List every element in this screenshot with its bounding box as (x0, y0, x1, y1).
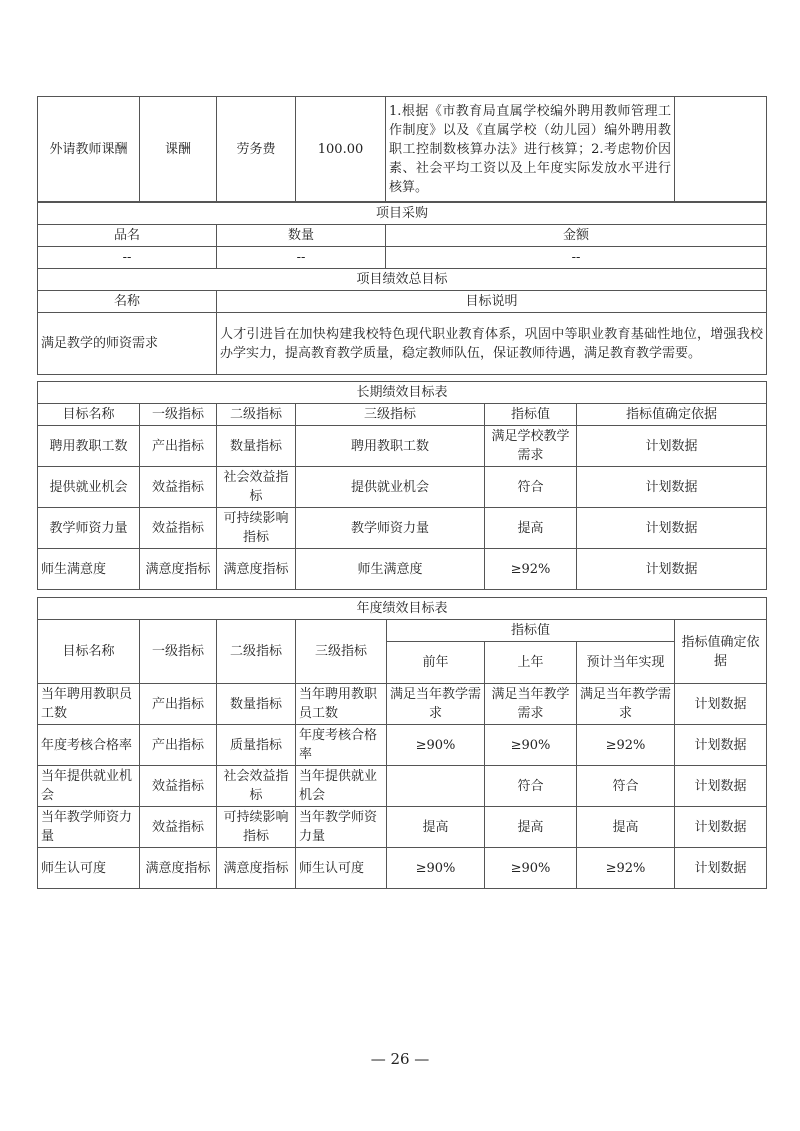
overall-goal-title-row: 项目绩效总目标 (38, 269, 767, 291)
table-cell: ≥92% (577, 725, 675, 766)
table-cell: 符合 (577, 766, 675, 807)
annual-header: 一级指标 (140, 620, 217, 684)
table-cell: 产出指标 (140, 426, 217, 467)
table-cell: 符合 (485, 467, 577, 508)
table-cell: 可持续影响指标 (217, 508, 296, 549)
table-cell: 提供就业机会 (38, 467, 140, 508)
procurement-title-row: 项目采购 (38, 203, 767, 225)
overall-goal-header-row: 名称 目标说明 (38, 291, 767, 313)
overall-goal-header-name: 名称 (38, 291, 217, 313)
annual-header: 目标名称 (38, 620, 140, 684)
long-term-header: 一级指标 (140, 404, 217, 426)
table-cell: 计划数据 (675, 725, 767, 766)
table-row: 当年聘用教职员工数 产出指标 数量指标 当年聘用教职员工数 满足当年教学需求 满… (38, 684, 767, 725)
table-cell: 计划数据 (675, 848, 767, 889)
table-row: 师生认可度 满意度指标 满意度指标 师生认可度 ≥90% ≥90% ≥92% 计… (38, 848, 767, 889)
table-cell: 计划数据 (675, 684, 767, 725)
table-cell: 产出指标 (140, 684, 217, 725)
table-cell: 满足当年教学需求 (485, 684, 577, 725)
table-cell: ≥92% (577, 848, 675, 889)
expense-item: 外请教师课酬 (38, 97, 140, 202)
long-term-goal-table: 长期绩效目标表 目标名称 一级指标 二级指标 三级指标 指标值 指标值确定依据 … (37, 381, 767, 590)
table-cell: 计划数据 (577, 549, 767, 590)
expense-remark (675, 97, 767, 202)
annual-subheader: 前年 (387, 642, 485, 684)
table-cell: 效益指标 (140, 508, 217, 549)
table-cell: 当年提供就业机会 (38, 766, 140, 807)
table-cell: 数量指标 (217, 684, 296, 725)
table-cell: 可持续影响指标 (217, 807, 296, 848)
procurement-goal-table: 项目采购 品名 数量 金额 -- -- -- 项目绩效总目标 名称 目标说明 满… (37, 202, 767, 375)
expense-category: 课酬 (140, 97, 217, 202)
long-term-header: 指标值确定依据 (577, 404, 767, 426)
table-cell: 当年提供就业机会 (296, 766, 387, 807)
page-number: — 26 — (0, 1050, 800, 1068)
annual-title: 年度绩效目标表 (38, 598, 767, 620)
long-term-header: 目标名称 (38, 404, 140, 426)
table-cell (387, 766, 485, 807)
annual-header: 三级指标 (296, 620, 387, 684)
table-cell: 质量指标 (217, 725, 296, 766)
table-cell: ≥92% (485, 549, 577, 590)
overall-goal-name: 满足教学的师资需求 (38, 313, 217, 375)
overall-goal-row: 满足教学的师资需求 人才引进旨在加快构建我校特色现代职业教育体系，巩固中等职业教… (38, 313, 767, 375)
table-cell: ≥90% (485, 725, 577, 766)
overall-goal-header-desc: 目标说明 (217, 291, 767, 313)
expense-amount: 100.00 (296, 97, 386, 202)
table-cell: 师生满意度 (38, 549, 140, 590)
table-cell: 计划数据 (577, 508, 767, 549)
procurement-cell: -- (386, 247, 767, 269)
table-cell: 当年教学师资力量 (296, 807, 387, 848)
long-term-title-row: 长期绩效目标表 (38, 382, 767, 404)
annual-title-row: 年度绩效目标表 (38, 598, 767, 620)
expense-basis: 1.根据《市教育局直属学校编外聘用教师管理工作制度》以及《直属学校（幼儿园）编外… (386, 97, 675, 202)
table-cell: 师生认可度 (38, 848, 140, 889)
annual-header-indicator-value: 指标值 (387, 620, 675, 642)
table-cell: 提高 (387, 807, 485, 848)
table-cell: 效益指标 (140, 807, 217, 848)
expense-table: 外请教师课酬 课酬 劳务费 100.00 1.根据《市教育局直属学校编外聘用教师… (37, 96, 767, 202)
table-cell: 提供就业机会 (296, 467, 485, 508)
long-term-header-row: 目标名称 一级指标 二级指标 三级指标 指标值 指标值确定依据 (38, 404, 767, 426)
table-cell: ≥90% (387, 848, 485, 889)
annual-subheader: 预计当年实现 (577, 642, 675, 684)
table-row: 聘用教职工数 产出指标 数量指标 聘用教职工数 满足学校教学需求 计划数据 (38, 426, 767, 467)
table-cell: 满足当年教学需求 (577, 684, 675, 725)
table-cell: 年度考核合格率 (296, 725, 387, 766)
table-cell: 社会效益指标 (217, 766, 296, 807)
procurement-title: 项目采购 (38, 203, 767, 225)
procurement-header-qty: 数量 (217, 225, 386, 247)
expense-row: 外请教师课酬 课酬 劳务费 100.00 1.根据《市教育局直属学校编外聘用教师… (38, 97, 767, 202)
long-term-header: 指标值 (485, 404, 577, 426)
table-cell: 效益指标 (140, 766, 217, 807)
table-cell: 提高 (577, 807, 675, 848)
table-cell: 提高 (485, 807, 577, 848)
long-term-header: 二级指标 (217, 404, 296, 426)
annual-header: 指标值确定依据 (675, 620, 767, 684)
annual-subheader: 上年 (485, 642, 577, 684)
table-cell: 当年聘用教职员工数 (296, 684, 387, 725)
overall-goal-title: 项目绩效总目标 (38, 269, 767, 291)
procurement-header-amount: 金额 (386, 225, 767, 247)
table-cell: 满意度指标 (217, 848, 296, 889)
table-cell: ≥90% (387, 725, 485, 766)
table-cell: 产出指标 (140, 725, 217, 766)
long-term-header: 三级指标 (296, 404, 485, 426)
table-cell: 满意度指标 (140, 549, 217, 590)
procurement-cell: -- (38, 247, 217, 269)
annual-goal-table: 年度绩效目标表 目标名称 一级指标 二级指标 三级指标 指标值 指标值确定依据 … (37, 597, 767, 889)
table-row: 师生满意度 满意度指标 满意度指标 师生满意度 ≥92% 计划数据 (38, 549, 767, 590)
table-cell: 年度考核合格率 (38, 725, 140, 766)
table-row: 当年教学师资力量 效益指标 可持续影响指标 当年教学师资力量 提高 提高 提高 … (38, 807, 767, 848)
table-cell: 计划数据 (675, 807, 767, 848)
table-cell: 师生认可度 (296, 848, 387, 889)
procurement-header-row: 品名 数量 金额 (38, 225, 767, 247)
table-cell: 教学师资力量 (296, 508, 485, 549)
table-cell: 提高 (485, 508, 577, 549)
table-cell: 效益指标 (140, 467, 217, 508)
table-cell: 教学师资力量 (38, 508, 140, 549)
table-row: 提供就业机会 效益指标 社会效益指标 提供就业机会 符合 计划数据 (38, 467, 767, 508)
table-cell: 满意度指标 (140, 848, 217, 889)
table-cell: 计划数据 (577, 467, 767, 508)
table-row: 教学师资力量 效益指标 可持续影响指标 教学师资力量 提高 计划数据 (38, 508, 767, 549)
table-cell: 满足学校教学需求 (485, 426, 577, 467)
expense-type: 劳务费 (217, 97, 296, 202)
long-term-title: 长期绩效目标表 (38, 382, 767, 404)
procurement-row: -- -- -- (38, 247, 767, 269)
table-cell: ≥90% (485, 848, 577, 889)
table-cell: 社会效益指标 (217, 467, 296, 508)
overall-goal-description: 人才引进旨在加快构建我校特色现代职业教育体系，巩固中等职业教育基础性地位，增强我… (217, 313, 767, 375)
annual-header-row: 目标名称 一级指标 二级指标 三级指标 指标值 指标值确定依据 (38, 620, 767, 642)
table-cell: 计划数据 (577, 426, 767, 467)
procurement-cell: -- (217, 247, 386, 269)
table-cell: 满足当年教学需求 (387, 684, 485, 725)
table-cell: 满意度指标 (217, 549, 296, 590)
table-cell: 聘用教职工数 (296, 426, 485, 467)
table-cell: 计划数据 (675, 766, 767, 807)
annual-header: 二级指标 (217, 620, 296, 684)
procurement-header-name: 品名 (38, 225, 217, 247)
table-cell: 数量指标 (217, 426, 296, 467)
table-row: 年度考核合格率 产出指标 质量指标 年度考核合格率 ≥90% ≥90% ≥92%… (38, 725, 767, 766)
table-cell: 符合 (485, 766, 577, 807)
table-cell: 聘用教职工数 (38, 426, 140, 467)
table-row: 当年提供就业机会 效益指标 社会效益指标 当年提供就业机会 符合 符合 计划数据 (38, 766, 767, 807)
table-cell: 当年聘用教职员工数 (38, 684, 140, 725)
table-cell: 师生满意度 (296, 549, 485, 590)
table-cell: 当年教学师资力量 (38, 807, 140, 848)
